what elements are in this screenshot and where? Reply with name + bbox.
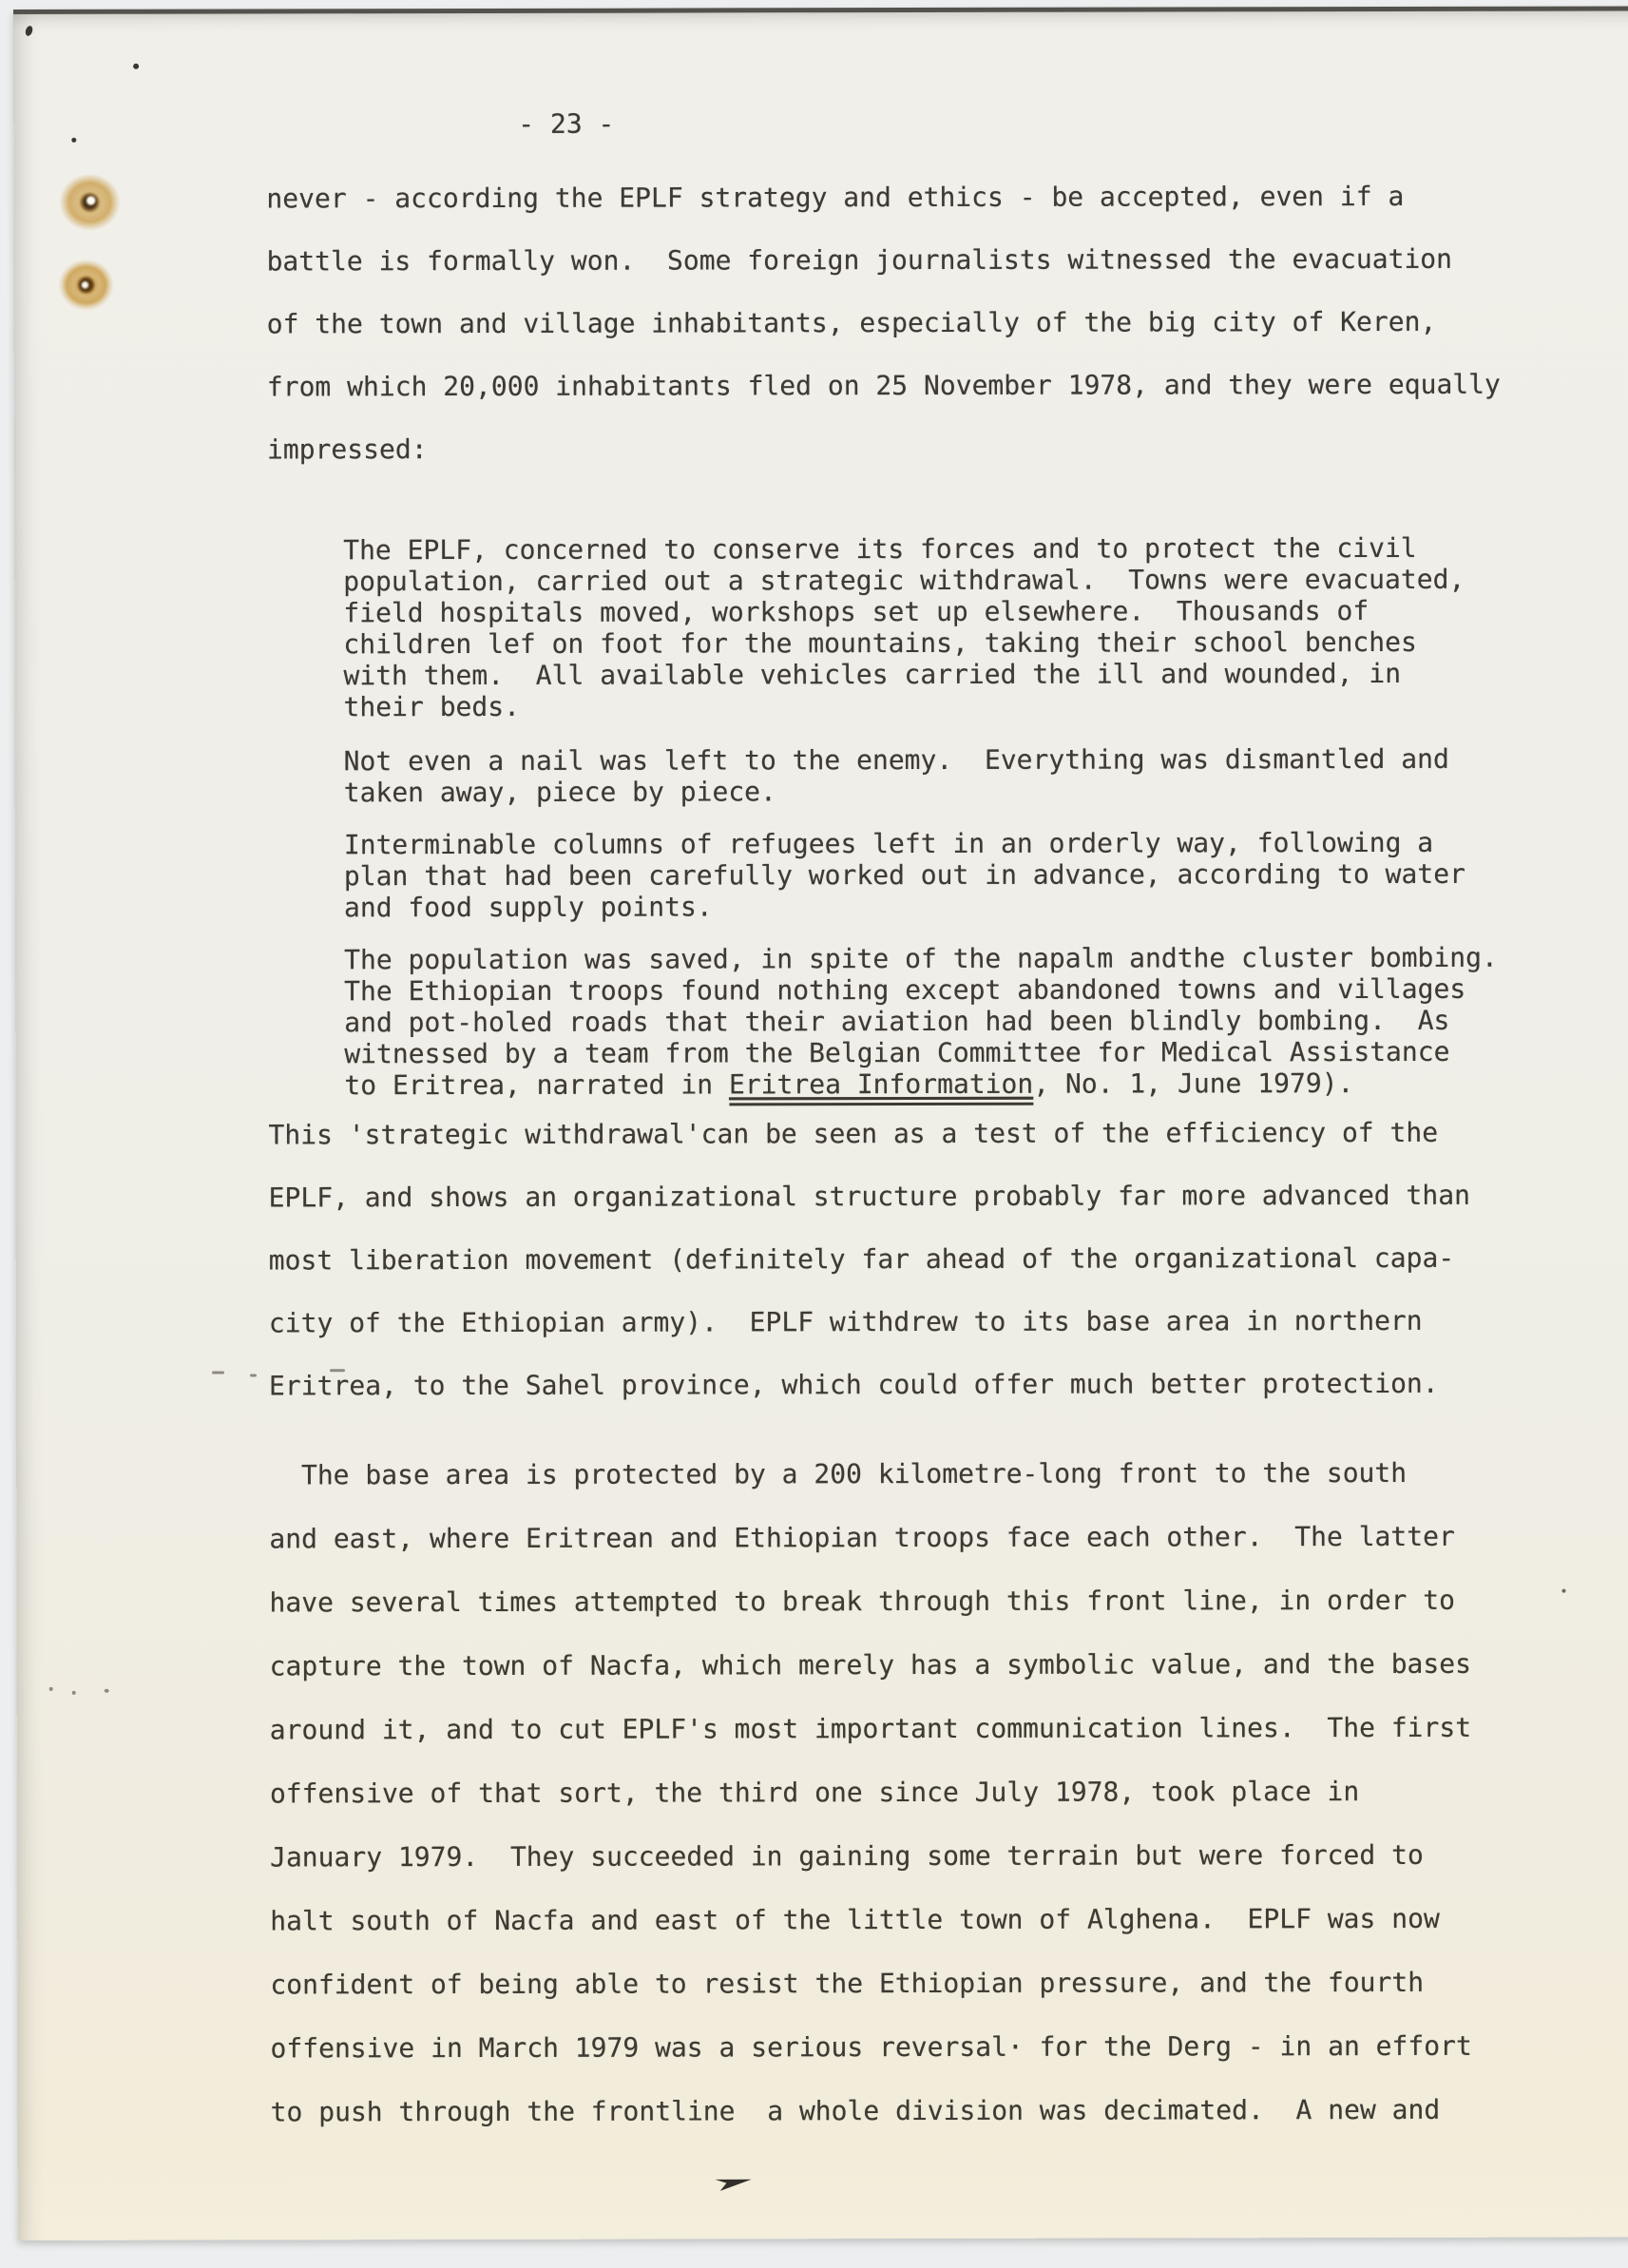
text-line: most liberation movement (definitely far…: [269, 1227, 1470, 1293]
text-line: offensive of that sort, the third one si…: [270, 1759, 1471, 1826]
quote-paragraph-2: Not even a nail was left to the enemy. E…: [344, 743, 1449, 808]
text-line: never - according the EPLF strategy and …: [266, 165, 1500, 231]
page-number: - 23 -: [518, 108, 614, 141]
citation-prefix: to Eritrea, narrated in: [344, 1068, 729, 1101]
arrow-flick-mark: [715, 2170, 753, 2191]
text-line: halt south of Nacfa and east of the litt…: [270, 1887, 1471, 1953]
quote-paragraph-3: Interminable columns of refugees left in…: [344, 827, 1465, 923]
text-line: witnessed by a team from the Belgian Com…: [344, 1036, 1498, 1070]
text-line: January 1979. They succeeded in gaining …: [270, 1823, 1471, 1890]
text-line: and food supply points.: [344, 890, 1465, 923]
text-line: The EPLF, concerned to conserve its forc…: [343, 532, 1465, 566]
rust-stain-lower: [59, 259, 114, 311]
text-line: to Eritrea, narrated in Eritrea Informat…: [344, 1067, 1498, 1102]
citation-suffix: , No. 1, June 1979).: [1033, 1067, 1353, 1100]
text-line: have several times attempted to break th…: [269, 1568, 1470, 1635]
quote-paragraph-4-lines: The population was saved, in spite of th…: [344, 942, 1498, 1070]
ink-speck: [25, 25, 34, 37]
text-line: battle is formally won. Some foreign jou…: [266, 228, 1500, 294]
text-line: impressed:: [267, 416, 1501, 482]
pencil-dot: [105, 1689, 109, 1693]
text-line: field hospitals moved, workshops set up …: [343, 595, 1465, 628]
text-line: offensive in March 1979 was a serious re…: [270, 2014, 1471, 2081]
text-line: capture the town of Nacfa, which merely …: [270, 1632, 1471, 1699]
paper-sheet: - 23 - never - according the EPLF strate…: [13, 6, 1628, 2240]
pencil-dash: [250, 1374, 257, 1376]
ink-speck: [71, 138, 76, 143]
quote-paragraph-4: The population was saved, in spite of th…: [344, 942, 1498, 1102]
text-line: Interminable columns of refugees left in…: [344, 827, 1465, 860]
quote-paragraph-1: The EPLF, concerned to conserve its forc…: [343, 532, 1465, 722]
text-line: The base area is protected by a 200 kilo…: [269, 1441, 1470, 1508]
text-line: from which 20,000 inhabitants fled on 25…: [267, 354, 1501, 419]
pencil-dot: [72, 1691, 76, 1695]
text-line: with them. All available vehicles carrie…: [343, 658, 1465, 691]
text-line: confident of being able to resist the Et…: [270, 1951, 1471, 2017]
text-line: and east, where Eritrean and Ethiopian t…: [269, 1505, 1470, 1571]
text-line: taken away, piece by piece.: [344, 775, 1449, 808]
text-line: plan that had been carefully worked out …: [344, 858, 1465, 892]
text-line: to push through the frontline a whole di…: [271, 2078, 1472, 2144]
scanned-document-page: { "page": { "number_label": "- 23 -" }, …: [0, 0, 1628, 2268]
text-line: EPLF, and shows an organizational struct…: [269, 1164, 1470, 1230]
text-line: The population was saved, in spite of th…: [344, 942, 1498, 976]
text-line: This 'strategic withdrawal'can be seen a…: [268, 1102, 1469, 1167]
rust-stain-upper: [59, 174, 120, 231]
text-line: city of the Ethiopian army). EPLF withdr…: [269, 1290, 1470, 1355]
text-line: Not even a nail was left to the enemy. E…: [344, 743, 1449, 777]
pencil-dash: [212, 1372, 224, 1374]
text-line: their beds.: [344, 689, 1465, 722]
paragraph-1: never - according the EPLF strategy and …: [266, 165, 1501, 482]
text-line: around it, and to cut EPLF's most import…: [270, 1696, 1471, 1762]
citation-title: Eritrea Information: [729, 1068, 1033, 1106]
text-line: of the town and village inhabitants, esp…: [267, 291, 1501, 356]
text-line: The Ethiopian troops found nothing excep…: [344, 973, 1498, 1008]
ink-speck: [133, 64, 139, 69]
paragraph-3: The base area is protected by a 200 kilo…: [269, 1441, 1472, 2144]
page-number-label: - 23 -: [518, 108, 614, 141]
pencil-dot: [49, 1687, 53, 1691]
ink-speck: [1561, 1589, 1565, 1593]
text-line: children lef on foot for the mountains, …: [343, 626, 1465, 660]
paragraph-2: This 'strategic withdrawal'can be seen a…: [268, 1102, 1470, 1418]
text-line: population, carried out a strategic with…: [343, 564, 1465, 597]
text-line: Eritrea, to the Sahel province, which co…: [269, 1353, 1470, 1418]
text-line: and pot-holed roads that their aviation …: [344, 1005, 1498, 1039]
